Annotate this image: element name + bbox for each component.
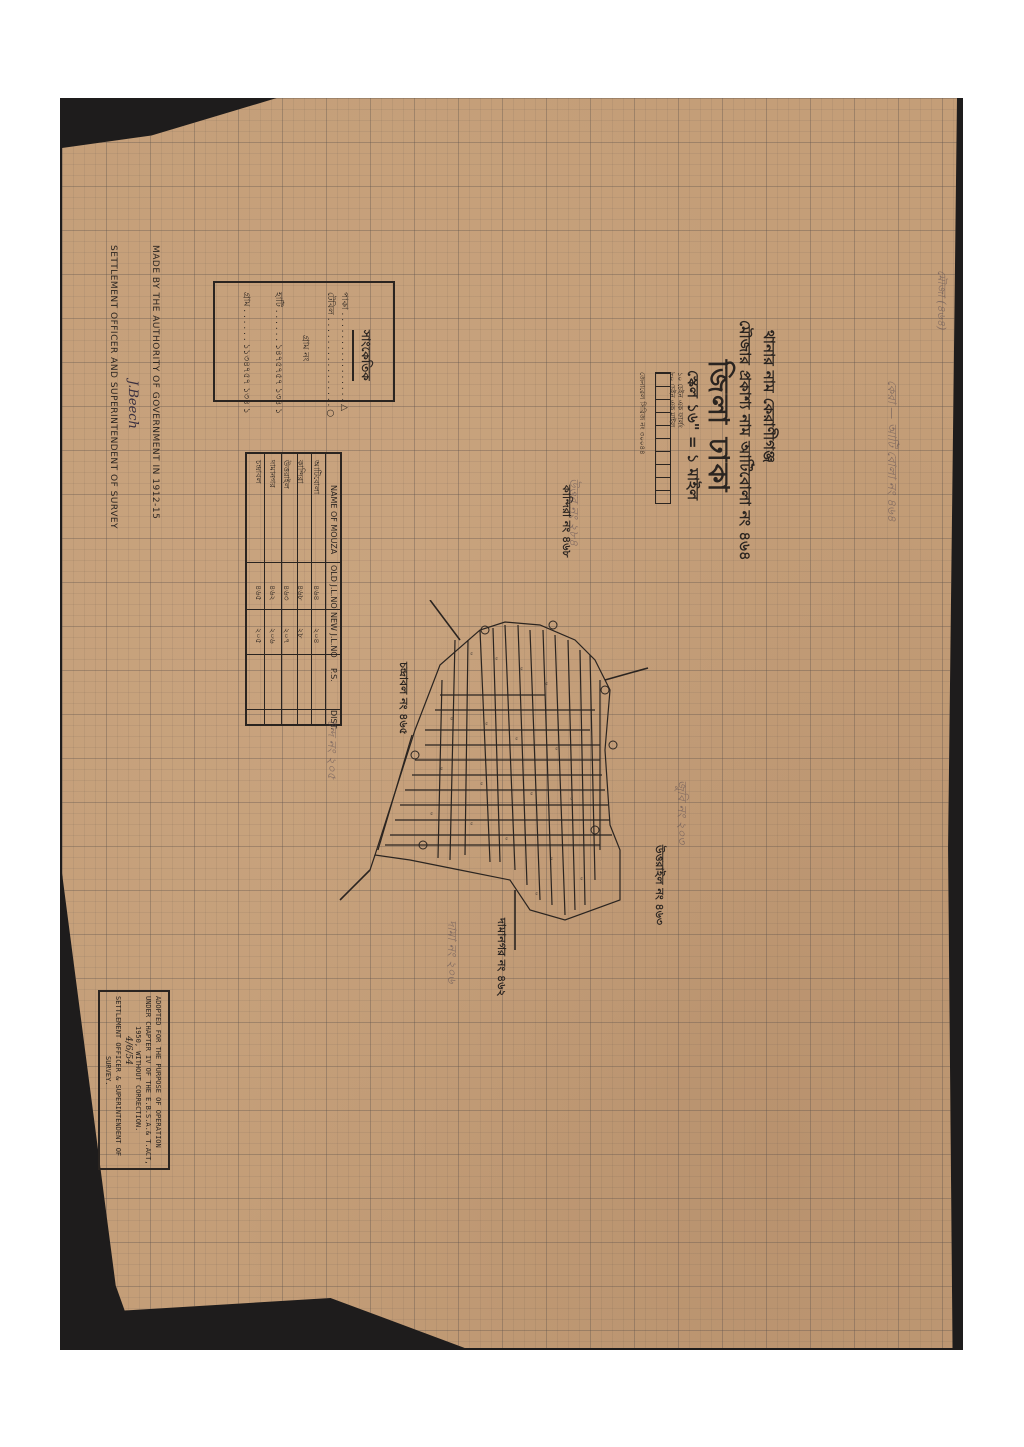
- pencil-note: জুবি নং ২০৩: [670, 780, 690, 844]
- circle-icon: ○: [325, 409, 335, 417]
- svg-text:৫: ৫: [450, 716, 453, 722]
- svg-text:৫: ৫: [480, 781, 483, 787]
- svg-text:৫: ৫: [555, 746, 558, 752]
- svg-text:৫: ৫: [530, 791, 533, 797]
- table-cell: দামানগর: [265, 460, 278, 488]
- table-cell: ২০৪: [309, 628, 322, 644]
- svg-text:৫: ৫: [580, 876, 583, 882]
- legend-row: গ্রাম . . . . . . ১১৩৪৭৫৭ ১৩৪ ১: [239, 292, 254, 414]
- pencil-note: মৌজা (৪৬৪): [931, 270, 950, 330]
- table-cell: ২০৬: [265, 628, 278, 644]
- table-cell: ৪৬৩: [279, 585, 292, 601]
- triangle-icon: △: [339, 404, 349, 411]
- title-block: থানার নাম কেরাণীগঞ্জ: [755, 330, 780, 463]
- svg-text:৫: ৫: [470, 821, 473, 827]
- table-cell: আটিবোলা: [309, 460, 322, 494]
- svg-text:৫: ৫: [470, 651, 473, 657]
- svg-text:৫: ৫: [515, 736, 518, 742]
- table-cell: চন্দ্রাবল: [251, 460, 264, 484]
- table-cell: ২৮: [293, 628, 306, 638]
- svg-text:৫: ৫: [505, 836, 508, 842]
- signature: J.Beech: [125, 380, 140, 429]
- authority-statement: MADE BY THE AUTHORITY OF GOVERNMENT IN 1…: [150, 245, 160, 519]
- settlement-officer-title: SETTLEMENT OFFICER AND SUPERINTENDENT OF…: [108, 245, 118, 529]
- pencil-note: উত্তর নং ২৮৪: [562, 478, 582, 546]
- legend-row: হাটি . . . . . . ১৪৭৫৭৫৭ ১৩৪ ১: [271, 292, 286, 414]
- legend-row: গ্রাম নং: [298, 335, 313, 361]
- pencil-note: কেরা — আটি বোলা নং ৪৬৪: [880, 380, 900, 522]
- table-cell: ২০৫: [251, 628, 264, 644]
- stamp-text: ADOPTED FOR THE PURPOSE OF OPERATION UND…: [103, 996, 163, 1165]
- svg-text:৫: ৫: [440, 766, 443, 772]
- svg-text:৫: ৫: [570, 796, 573, 802]
- table-header: NAME OF MOUZA: [329, 485, 338, 554]
- svg-text:৫: ৫: [545, 681, 548, 687]
- cadastral-map: ৫৫৫৫ ৫৫৫৫ ৫৫৫৫ ৫৫৫৫ ৫৫: [330, 600, 670, 960]
- svg-text:৫: ৫: [550, 856, 553, 862]
- scale-label-2: ৮০ চেইন এক মাইল: [666, 372, 678, 427]
- table-cell: ২০৭: [279, 628, 292, 644]
- svg-text:৫: ৫: [430, 811, 433, 817]
- table-cell: ৪৬২: [265, 585, 278, 601]
- thana-name: থানার নাম কেরাণীগঞ্জ: [755, 330, 780, 463]
- svg-text:৫: ৫: [520, 666, 523, 672]
- svg-text:৫: ৫: [485, 721, 488, 727]
- table-cell: ৪৬৮: [293, 585, 306, 601]
- scale-caption: জেনারেল সিরিজ নং ৩০০৪৪: [636, 372, 648, 455]
- legend-row: টেবিল . . . . . . . . . . . . . . . . ○: [323, 292, 338, 417]
- legend-title: সাংকেতিক: [352, 330, 374, 381]
- legend-row: পাকা . . . . . . . . . . . . . . . . △: [337, 292, 352, 411]
- table-cell: ৪৬৪: [309, 585, 322, 601]
- table-cell: কান্দিরা: [293, 460, 306, 483]
- table-cell: ৪৬৫: [251, 585, 264, 601]
- table-cell: উত্তরাইল: [279, 460, 292, 489]
- svg-text:৫: ৫: [535, 891, 538, 897]
- svg-text:৫: ৫: [495, 656, 498, 662]
